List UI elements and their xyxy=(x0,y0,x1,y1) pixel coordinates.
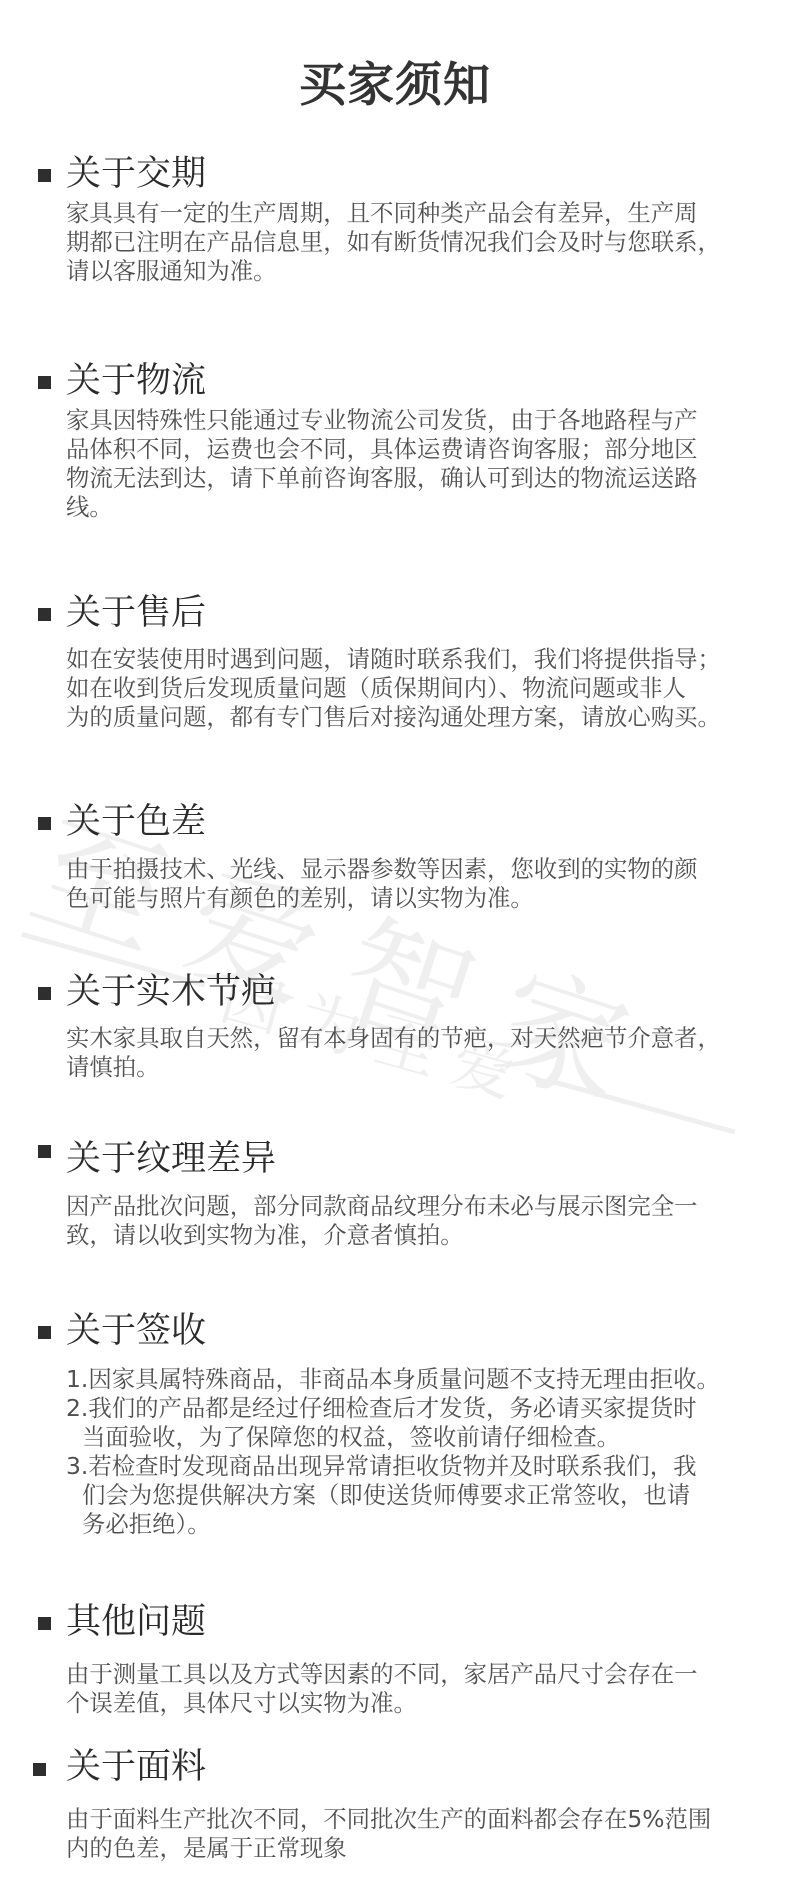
body-line: 实木家具取自天然，留有本身固有的节疤，对天然疤节介意者， xyxy=(66,1024,766,1053)
section-heading: 关于物流 xyxy=(66,359,206,403)
section-header: 关于实木节疤 xyxy=(0,970,790,1014)
section-header: 关于纹理差异 xyxy=(0,1137,790,1181)
section-delivery-time: 关于交期 家具具有一定的生产周期，且不同种类产品会有差异，生产周 期都已注明在产… xyxy=(0,152,790,196)
section-header: 关于面料 xyxy=(0,1745,790,1789)
section-heading: 其他问题 xyxy=(66,1600,206,1644)
square-bullet-icon xyxy=(38,987,51,1000)
body-line: 为的质量问题，都有专门售后对接沟通处理方案，请放心购买。 xyxy=(66,703,766,732)
section-body-list: 1.因家具属特殊商品，非商品本身质量问题不支持无理由拒收。 2.我们的产品都是经… xyxy=(66,1365,766,1539)
section-header: 关于色差 xyxy=(0,800,790,844)
section-body: 家具因特殊性只能通过专业物流公司发货，由于各地路程与产 品体积不同，运费也会不同… xyxy=(66,406,766,522)
section-body: 由于面料生产批次不同，不同批次生产的面料都会存在5%范围 内的色差，是属于正常现… xyxy=(66,1805,766,1863)
body-line: 由于测量工具以及方式等因素的不同，家居产品尺寸会存在一 xyxy=(66,1660,766,1689)
square-bullet-icon xyxy=(38,1617,51,1630)
list-item-continuation: 当面验收，为了保障您的权益，签收前请仔细检查。 xyxy=(66,1423,766,1452)
body-line: 物流无法到达，请下单前咨询客服，确认可到达的物流运送路 xyxy=(66,464,766,493)
square-bullet-icon xyxy=(38,1145,51,1158)
body-line: 因产品批次问题，部分同款商品纹理分布未必与展示图完全一 xyxy=(66,1192,766,1221)
body-line: 家具具有一定的生产周期，且不同种类产品会有差异，生产周 xyxy=(66,199,766,228)
body-line: 家具因特殊性只能通过专业物流公司发货，由于各地路程与产 xyxy=(66,406,766,435)
body-line: 请以客服通知为准。 xyxy=(66,257,766,286)
square-bullet-icon xyxy=(33,1763,46,1776)
section-heading: 关于交期 xyxy=(66,152,206,196)
section-body: 如在安装使用时遇到问题，请随时联系我们，我们将提供指导； 如在收到货后发现质量问… xyxy=(66,645,766,732)
section-header: 关于签收 xyxy=(0,1309,790,1353)
list-item: 2.我们的产品都是经过仔细检查后才发货，务必请买家提货时 xyxy=(66,1394,766,1423)
section-color-difference: 关于色差 由于拍摄技术、光线、显示器参数等因素，您收到的实物的颜 色可能与照片有… xyxy=(0,800,790,844)
body-line: 线。 xyxy=(66,493,766,522)
section-header: 关于售后 xyxy=(0,591,790,635)
section-heading: 关于色差 xyxy=(66,800,206,844)
section-body: 由于拍摄技术、光线、显示器参数等因素，您收到的实物的颜 色可能与照片有颜色的差别… xyxy=(66,855,766,913)
section-heading: 关于售后 xyxy=(66,591,206,635)
body-line: 由于面料生产批次不同，不同批次生产的面料都会存在5%范围 xyxy=(66,1805,766,1834)
section-signing: 关于签收 1.因家具属特殊商品，非商品本身质量问题不支持无理由拒收。 2.我们的… xyxy=(0,1309,790,1353)
section-header: 关于物流 xyxy=(0,359,790,403)
section-body: 家具具有一定的生产周期，且不同种类产品会有差异，生产周 期都已注明在产品信息里，… xyxy=(66,199,766,286)
body-line: 由于拍摄技术、光线、显示器参数等因素，您收到的实物的颜 xyxy=(66,855,766,884)
section-header: 其他问题 xyxy=(0,1600,790,1644)
square-bullet-icon xyxy=(38,1326,51,1339)
section-header: 关于交期 xyxy=(0,152,790,196)
square-bullet-icon xyxy=(38,817,51,830)
section-body: 由于测量工具以及方式等因素的不同，家居产品尺寸会存在一 个误差值，具体尺寸以实物… xyxy=(66,1660,766,1718)
section-wood-knots: 关于实木节疤 实木家具取自天然，留有本身固有的节疤，对天然疤节介意者， 请慎拍。 xyxy=(0,970,790,1014)
body-line: 内的色差，是属于正常现象 xyxy=(66,1834,766,1863)
square-bullet-icon xyxy=(38,608,51,621)
body-line: 色可能与照片有颜色的差别，请以实物为准。 xyxy=(66,884,766,913)
section-after-sales: 关于售后 如在安装使用时遇到问题，请随时联系我们，我们将提供指导； 如在收到货后… xyxy=(0,591,790,635)
section-fabric: 关于面料 由于面料生产批次不同，不同批次生产的面料都会存在5%范围 内的色差，是… xyxy=(0,1745,790,1789)
section-heading: 关于面料 xyxy=(66,1745,206,1789)
section-other-issues: 其他问题 由于测量工具以及方式等因素的不同，家居产品尺寸会存在一 个误差值，具体… xyxy=(0,1600,790,1644)
list-item-continuation: 务必拒绝）。 xyxy=(66,1510,766,1539)
body-line: 致，请以收到实物为准，介意者慎拍。 xyxy=(66,1221,766,1250)
section-heading: 关于纹理差异 xyxy=(66,1137,276,1181)
square-bullet-icon xyxy=(38,376,51,389)
body-line: 期都已注明在产品信息里，如有断货情况我们会及时与您联系， xyxy=(66,228,766,257)
section-logistics: 关于物流 家具因特殊性只能通过专业物流公司发货，由于各地路程与产 品体积不同，运… xyxy=(0,359,790,403)
body-line: 请慎拍。 xyxy=(66,1053,766,1082)
body-line: 个误差值，具体尺寸以实物为准。 xyxy=(66,1689,766,1718)
section-heading: 关于签收 xyxy=(66,1309,206,1353)
section-body: 实木家具取自天然，留有本身固有的节疤，对天然疤节介意者， 请慎拍。 xyxy=(66,1024,766,1082)
square-bullet-icon xyxy=(38,169,51,182)
list-item: 3.若检查时发现商品出现异常请拒收货物并及时联系我们，我 xyxy=(66,1452,766,1481)
section-grain-difference: 关于纹理差异 因产品批次问题，部分同款商品纹理分布未必与展示图完全一 致，请以收… xyxy=(0,1137,790,1181)
watermark-dash-right xyxy=(551,1078,735,1134)
body-line: 如在安装使用时遇到问题，请随时联系我们，我们将提供指导； xyxy=(66,645,766,674)
list-item: 1.因家具属特殊商品，非商品本身质量问题不支持无理由拒收。 xyxy=(66,1365,766,1394)
body-line: 品体积不同，运费也会不同，具体运费请咨询客服；部分地区 xyxy=(66,435,766,464)
section-body: 因产品批次问题，部分同款商品纹理分布未必与展示图完全一 致，请以收到实物为准，介… xyxy=(66,1192,766,1250)
page-title: 买家须知 xyxy=(0,48,790,115)
section-heading: 关于实木节疤 xyxy=(66,970,276,1014)
body-line: 如在收到货后发现质量问题（质保期间内）、物流问题或非人 xyxy=(66,674,766,703)
list-item-continuation: 们会为您提供解决方案（即使送货师傅要求正常签收，也请 xyxy=(66,1481,766,1510)
